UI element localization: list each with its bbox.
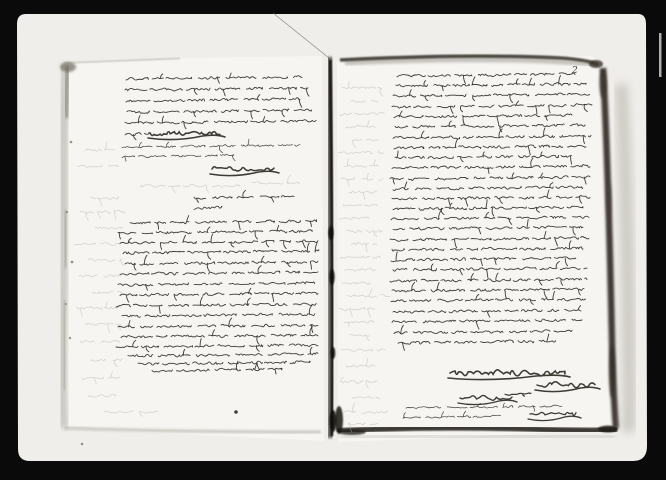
mat-speck — [81, 443, 83, 445]
left-page — [62, 56, 324, 441]
ink-blot — [234, 410, 238, 414]
scan-image: 2 — [0, 0, 666, 480]
backing-sheet-sliver — [659, 33, 662, 77]
page-number: 2 — [571, 66, 578, 76]
manuscript-scan: 2 — [0, 0, 666, 480]
